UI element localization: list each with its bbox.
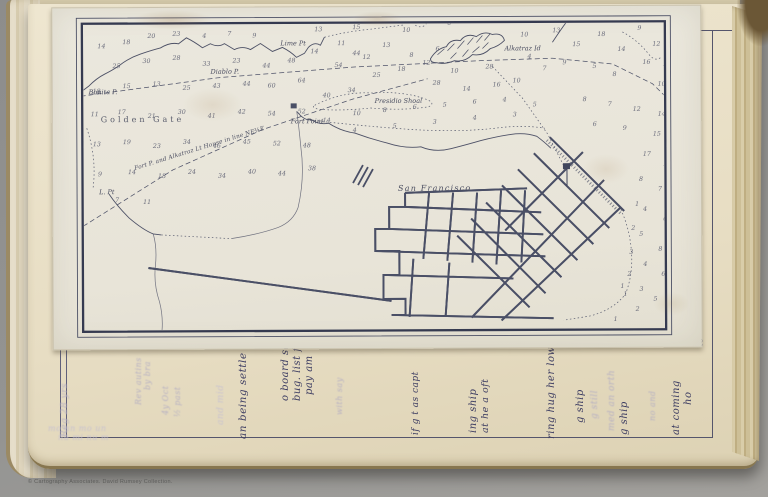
handwriting-column: g ship [619, 401, 630, 435]
sounding: 8 [658, 246, 662, 253]
sounding: 3 [433, 119, 437, 126]
shore-shoal-contour [303, 118, 545, 131]
sounding: 7 [658, 186, 662, 193]
sounding: 33 [202, 61, 210, 68]
handwriting-column: g still [590, 390, 600, 419]
sounding: 28 [485, 63, 494, 70]
marin-shore-dotted [324, 25, 404, 37]
sounding: 15 [572, 41, 580, 48]
sounding: 11 [91, 111, 99, 118]
sounding: 52 [298, 108, 306, 115]
sounding: 7 [608, 101, 612, 108]
sounding: 54 [268, 110, 276, 117]
sounding: 6 [473, 99, 477, 106]
sounding: 44 [242, 81, 251, 88]
sounding: 14 [463, 86, 471, 93]
sounding: 5 [393, 123, 397, 130]
sounding: 3 [639, 286, 643, 293]
sounding: 10 [663, 161, 671, 168]
sounding: 4 [472, 115, 477, 122]
sounding: 43 [212, 83, 221, 90]
sounding: 4 [201, 33, 206, 40]
label-lobos: L. Pt [98, 188, 115, 196]
sounding: 10 [353, 110, 361, 117]
sounding: 11 [662, 61, 670, 68]
handwriting-area: Reg 28 yrsRev autinsby bra4y Oct½ pastan… [30, 345, 735, 445]
sounding: 14 [97, 43, 105, 50]
map-border-inner [82, 21, 666, 332]
sounding: 13 [552, 27, 560, 34]
chart-svg: 1315108131114128675101315181491211479581… [52, 6, 701, 350]
sounding: 1 [635, 201, 639, 208]
sounding: 9 [562, 59, 566, 66]
sounding: 48 [302, 142, 311, 149]
book-right-page-edges [732, 6, 762, 461]
sounding: 1 [614, 316, 618, 323]
sounding: 41 [207, 113, 216, 120]
sounding: 14 [617, 46, 625, 53]
handwriting-column: at he a oft [480, 379, 491, 434]
hatch-symbol [353, 165, 373, 187]
city-east-shore-dotted [563, 206, 632, 320]
sounding: 18 [597, 31, 605, 38]
sounding: 18 [398, 66, 406, 73]
sounding: 2 [630, 225, 635, 232]
sounding: 42 [237, 109, 246, 116]
scanned-atlas-page: Reg 28 yrsRev autinsby bra4y Oct½ pastan… [0, 0, 768, 497]
sounding: 10 [513, 77, 521, 84]
map-sheet: 1315108131114128675101315181491211479581… [51, 5, 702, 351]
sounding: 17 [643, 151, 651, 158]
sounding: 11 [337, 40, 345, 47]
sounding: 28 [432, 80, 441, 87]
handwriting-column: 4y Oct [161, 386, 170, 415]
sounding: 6 [435, 46, 439, 53]
label-alcatraz: Alkatraz Id [503, 44, 540, 52]
sounding: 14 [323, 117, 331, 124]
sounding: 13 [153, 81, 161, 88]
handwriting-column: an being settle [237, 352, 249, 439]
handwriting-column: ½ past [173, 386, 182, 417]
sounding: 5 [639, 231, 643, 238]
sounding: 4 [502, 96, 507, 103]
street-centerlines [148, 137, 625, 322]
sounding: 5 [443, 102, 447, 109]
sounding: 16 [493, 81, 501, 88]
sounding: 40 [322, 92, 331, 99]
sounding: 4 [526, 53, 531, 60]
sounding: 54 [334, 62, 342, 69]
sounding: 5 [654, 296, 658, 303]
sounding: 52 [273, 140, 281, 147]
sounding: 13 [314, 26, 322, 33]
sounding: 9 [623, 125, 627, 132]
handwriting-column: nu mi nu m [58, 433, 109, 442]
sounding: 25 [182, 85, 191, 92]
sounding: 30 [142, 58, 150, 65]
sounding: 23 [231, 58, 240, 65]
sounding: 4 [642, 206, 647, 213]
collection-watermark: © Cartography Associates. David Rumsey C… [28, 479, 173, 485]
label-fort-point: Fort Point [290, 117, 324, 125]
sounding: 13 [382, 42, 390, 49]
sounding: 6 [593, 121, 597, 128]
sounding: 4 [642, 261, 647, 268]
label-san-francisco: San Francisco [398, 184, 471, 193]
sounding: 12 [633, 106, 641, 113]
sounding: 16 [642, 59, 650, 66]
sounding: 34 [348, 87, 356, 94]
sounding: 8 [639, 176, 643, 183]
sounding: 18 [122, 39, 130, 46]
label-bonita: Bonita P. [88, 88, 118, 96]
sounding: 60 [268, 82, 276, 89]
sounding: 20 [146, 33, 155, 40]
sounding: 44 [351, 50, 360, 57]
sounding: 7 [543, 65, 547, 72]
handwriting-column: ing ship [468, 389, 479, 433]
sounding: 44 [277, 170, 286, 177]
handwriting-column: med an orth [607, 370, 617, 431]
worn-corner [737, 0, 768, 46]
sounding: 34 [183, 139, 191, 146]
presidio-coast-closure [231, 111, 303, 238]
sounding: 13 [93, 141, 101, 148]
handwriting-column: Rev autins [134, 357, 143, 405]
sounding: 48 [286, 57, 295, 64]
sounding: 12 [652, 41, 660, 48]
sounding: 8 [613, 71, 617, 78]
handwriting-column: if g t as capt [411, 371, 421, 435]
sounding: 3 [513, 111, 517, 118]
label-lime-pt: Lime Pt [279, 39, 306, 47]
sounding: 40 [247, 169, 256, 176]
sounding: 24 [187, 169, 196, 176]
sounding: 38 [308, 165, 316, 172]
sounding: 15 [352, 24, 360, 31]
sounding: 18 [158, 173, 166, 180]
handwriting-column: with say [335, 377, 344, 415]
fort-point-mark [291, 103, 297, 108]
sounding: 11 [143, 199, 151, 206]
sounding: 2 [635, 306, 640, 313]
sounding: 15 [123, 83, 131, 90]
signal-sight-line [493, 66, 565, 168]
sounding: 10 [520, 31, 528, 38]
sounding: 4 [352, 127, 357, 134]
sounding: 28 [171, 55, 180, 62]
sounding: 9 [98, 171, 102, 178]
label-presidio-shoal: Presidio Shoal [374, 97, 423, 105]
sounding: 2 [626, 271, 631, 278]
sounding: 10 [402, 27, 410, 34]
handwriting-column: at coming [671, 380, 682, 435]
sounding: 34 [218, 173, 226, 180]
sounding: 12 [362, 54, 370, 61]
sounding: 14 [310, 48, 318, 55]
sounding: 45 [242, 139, 251, 146]
sounding: 9 [252, 33, 256, 40]
handwriting-column: and mid [216, 385, 226, 425]
sounding: 5 [593, 63, 597, 70]
sounding: 7 [227, 31, 231, 38]
sounding: 19 [123, 139, 131, 146]
sounding: 10 [451, 68, 459, 75]
sounding: 8 [409, 52, 413, 59]
sounding: 25 [111, 63, 120, 70]
sounding: 1 [620, 283, 624, 290]
handwriting-column: mo un mo un [48, 424, 107, 433]
sounding: 3 [629, 249, 633, 256]
label-diablo: Diablo P. [210, 68, 240, 76]
sounding: 44 [261, 62, 270, 69]
ocean-shore-south [153, 234, 162, 334]
sounding: 15 [653, 131, 661, 138]
sounding: 9 [637, 25, 641, 32]
handwriting-column: by bra [143, 361, 152, 390]
label-golden-gate: Golden Gate [101, 115, 184, 124]
handwriting-column: g ship [575, 389, 586, 423]
city-grid [148, 137, 625, 322]
sounding: 12 [422, 60, 430, 67]
handwriting-column: no and [648, 390, 657, 421]
sounding: 1 [623, 291, 627, 298]
sounding: 8 [583, 96, 587, 103]
sounding: 6 [413, 104, 417, 111]
sounding: 64 [298, 77, 306, 84]
sounding: 25 [372, 72, 381, 79]
outer-bar-contour [87, 128, 94, 188]
sounding: 5 [533, 101, 537, 108]
sounding: 8 [383, 107, 387, 114]
sounding: 23 [152, 143, 161, 150]
alcatraz-island [430, 33, 504, 64]
sounding: 23 [171, 31, 180, 38]
baker-beach-dotted [161, 235, 231, 239]
sounding: 7 [115, 197, 119, 204]
handwriting-column: pay am [304, 355, 315, 395]
